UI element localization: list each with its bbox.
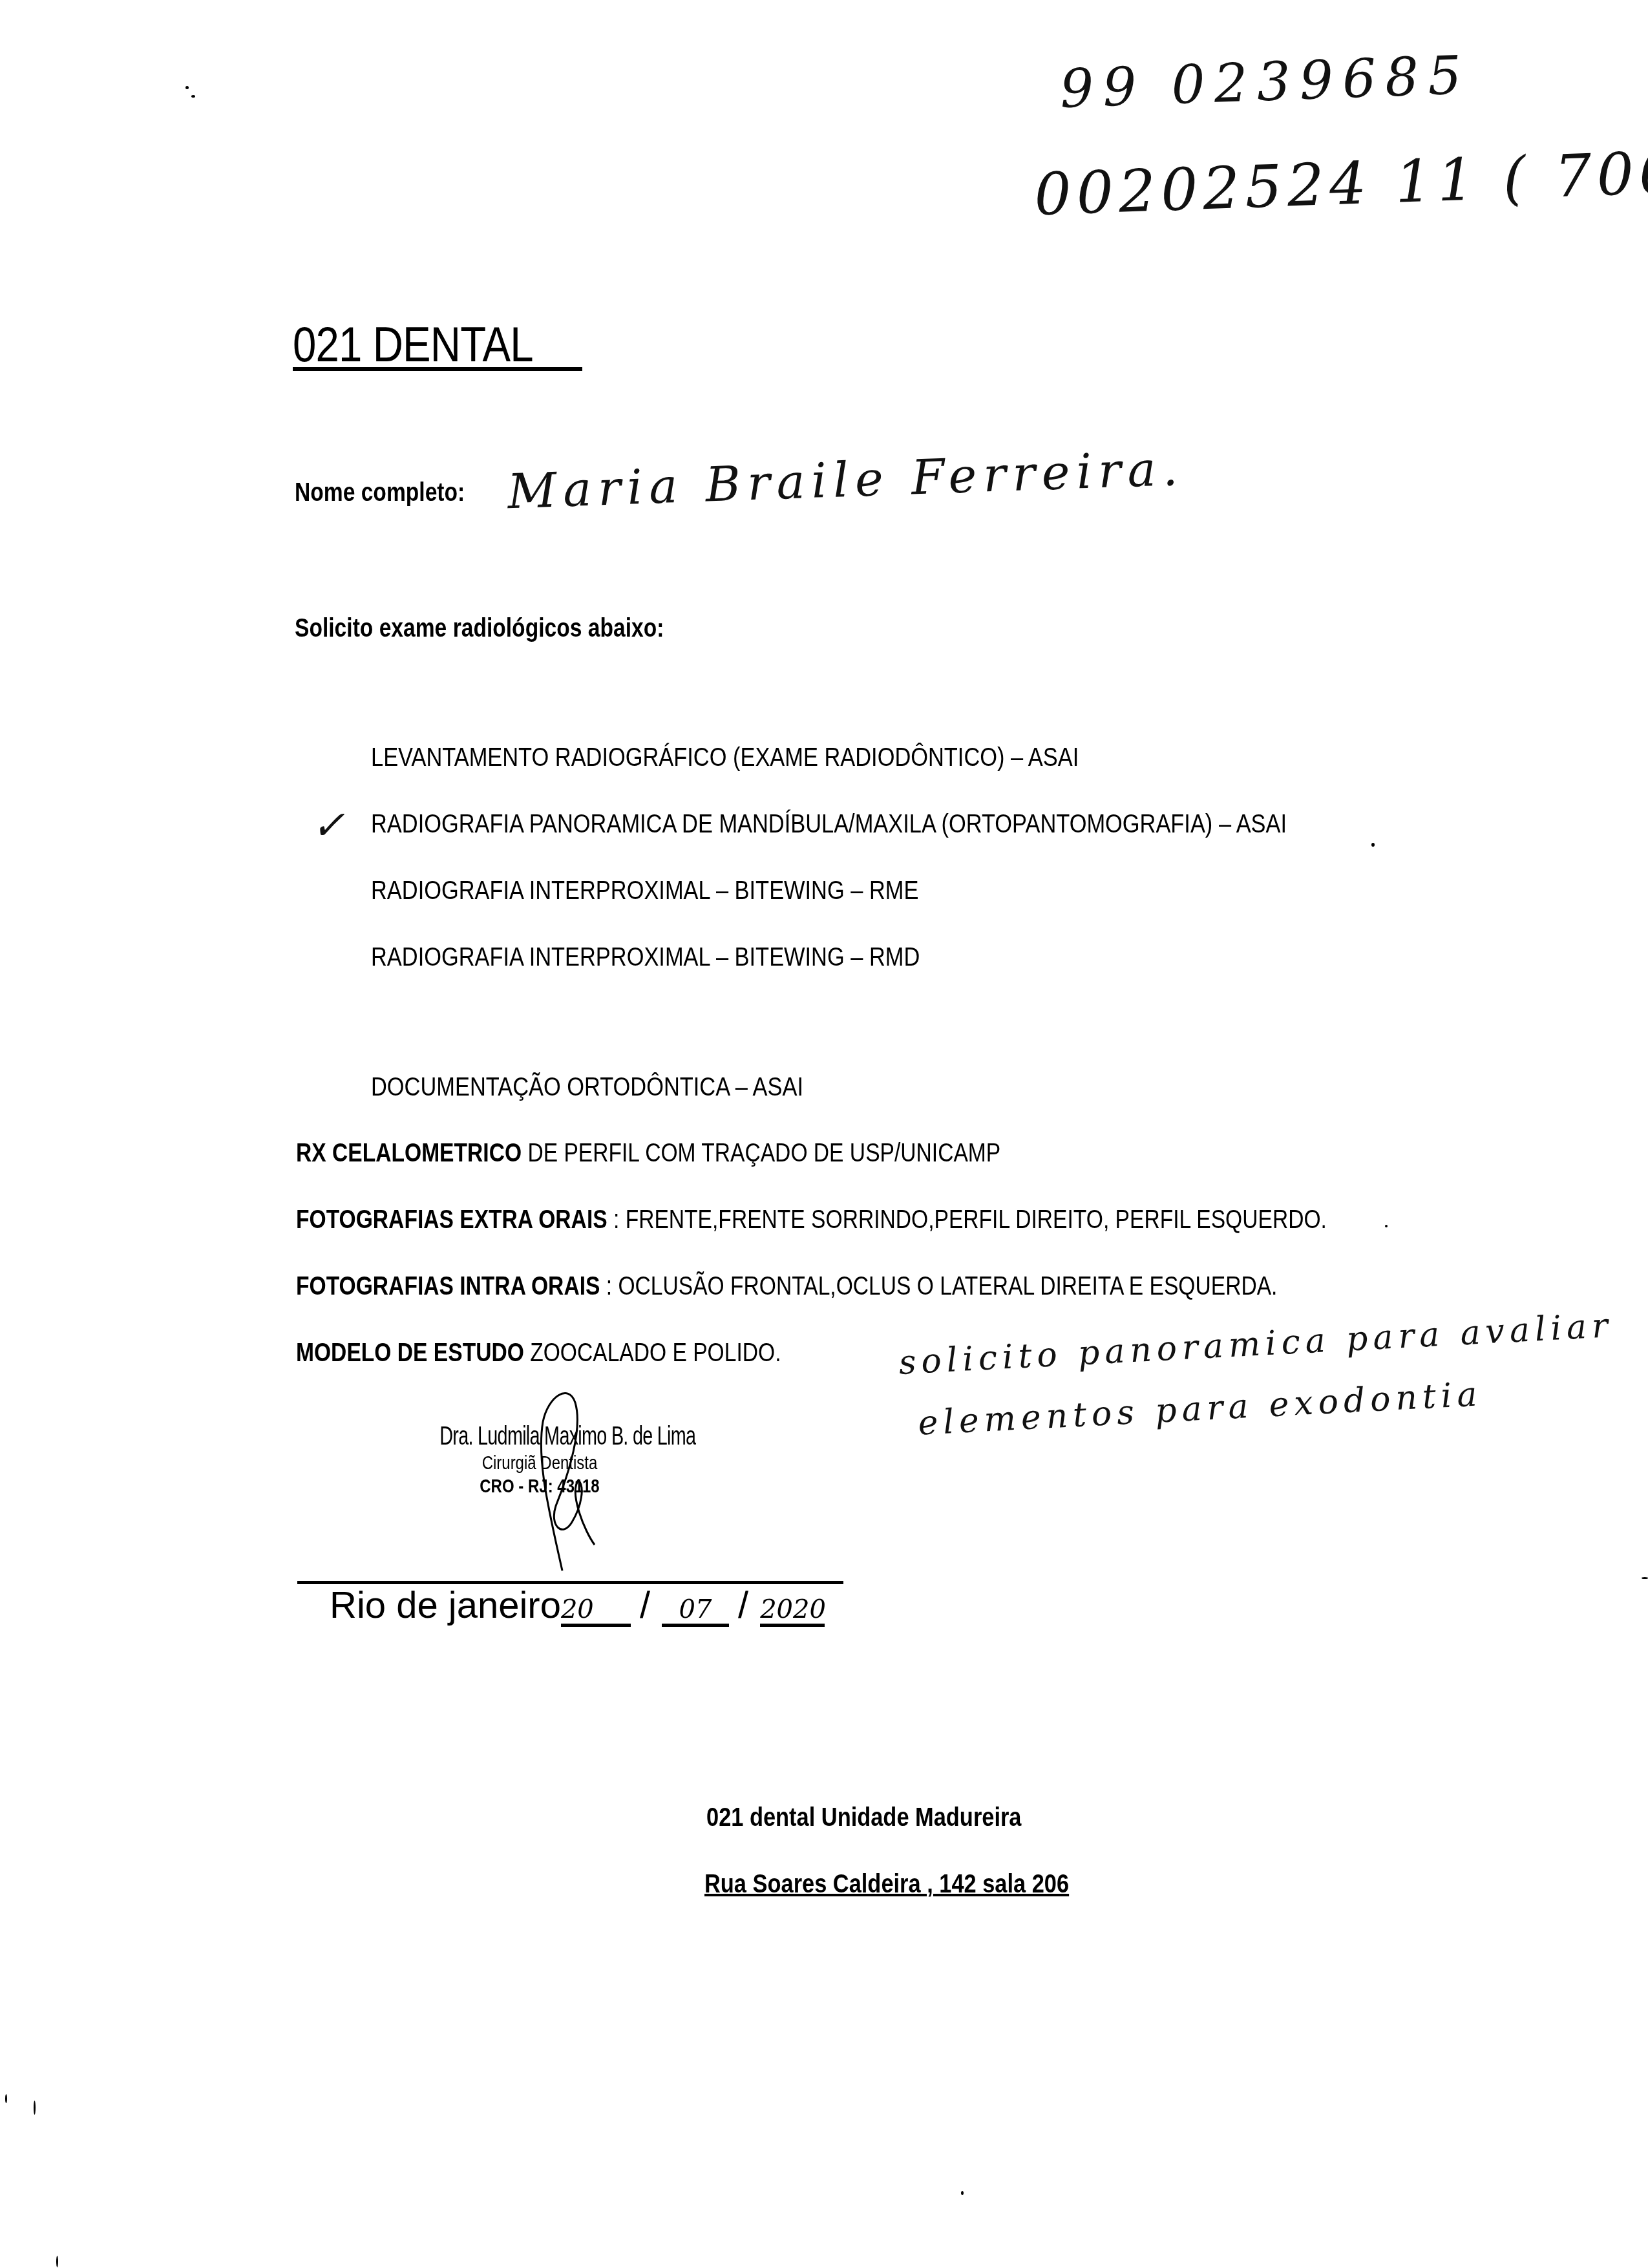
scan-speck — [1385, 1225, 1388, 1227]
detail-label: FOTOGRAFIAS INTRA ORAIS — [296, 1272, 600, 1300]
exam-item-selected: RADIOGRAFIA PANORAMICA DE MANDÍBULA/MAXI… — [371, 810, 1287, 839]
scan-speck — [34, 2101, 36, 2115]
patient-name-handwritten: Maria Braile Ferreira. — [507, 441, 1185, 520]
date-line: Rio de janeiro20/07/2020 — [330, 1584, 825, 1627]
exam-item: RADIOGRAFIA INTERPROXIMAL – BITEWING – R… — [371, 876, 918, 906]
detail-label: RX CELALOMETRICO — [296, 1139, 522, 1167]
signature-icon — [523, 1383, 601, 1577]
detail-text: : OCLUSÃO FRONTAL,OCLUS O LATERAL DIREIT… — [600, 1272, 1277, 1300]
scan-speck — [191, 95, 195, 98]
scan-speck — [56, 2256, 58, 2267]
handwritten-reference-number-2: 00202524 11 ( 700047601 — [1033, 130, 1648, 229]
handwritten-reference-number-1: 99 0239685 — [1059, 45, 1472, 120]
detail-line-cephalometric: RX CELALOMETRICO DE PERFIL COM TRAÇADO D… — [296, 1139, 1000, 1168]
date-city: Rio de janeiro — [330, 1584, 561, 1626]
clinic-address: Rua Soares Caldeira , 142 sala 206 — [704, 1870, 1069, 1899]
date-separator: / — [738, 1584, 748, 1626]
date-year-field: 2020 — [760, 1596, 825, 1627]
date-day-field: 20 — [561, 1596, 631, 1627]
detail-text: ZOOCALADO E POLIDO. — [524, 1339, 781, 1367]
scan-speck — [5, 2094, 7, 2103]
patient-name-label: Nome completo: — [295, 478, 465, 507]
detail-label: MODELO DE ESTUDO — [296, 1339, 524, 1367]
scan-speck — [961, 2191, 964, 2195]
handwritten-note-line-1: solicito panoramica para avaliar — [898, 1306, 1614, 1383]
title-underline — [293, 367, 582, 371]
detail-line-extra-oral-photos: FOTOGRAFIAS EXTRA ORAIS : FRENTE,FRENTE … — [296, 1205, 1327, 1235]
detail-label: FOTOGRAFIAS EXTRA ORAIS — [296, 1205, 607, 1234]
scan-speck — [185, 86, 189, 89]
detail-line-study-model: MODELO DE ESTUDO ZOOCALADO E POLIDO. — [296, 1339, 781, 1368]
document-title: 021 DENTAL — [293, 317, 533, 373]
scan-speck — [1371, 843, 1375, 847]
handwritten-note-line-2: elementos para exodontia — [917, 1375, 1483, 1443]
detail-line-intra-oral-photos: FOTOGRAFIAS INTRA ORAIS : OCLUSÃO FRONTA… — [296, 1272, 1277, 1301]
clinic-unit: 021 dental Unidade Madureira — [706, 1803, 1021, 1832]
exam-item: LEVANTAMENTO RADIOGRÁFICO (EXAME RADIODÔ… — [371, 743, 1079, 772]
detail-text: DE PERFIL COM TRAÇADO DE USP/UNICAMP — [522, 1139, 1000, 1167]
date-month-field: 07 — [662, 1596, 729, 1627]
exam-item: RADIOGRAFIA INTERPROXIMAL – BITEWING – R… — [371, 943, 920, 972]
detail-text: : FRENTE,FRENTE SORRINDO,PERFIL DIREITO,… — [607, 1205, 1327, 1234]
request-heading: Solicito exame radiológicos abaixo: — [295, 614, 664, 643]
date-separator: / — [640, 1584, 650, 1626]
scan-speck — [1642, 1577, 1648, 1579]
handwritten-check-icon: ✓ — [312, 801, 349, 849]
orthodontic-documentation: DOCUMENTAÇÃO ORTODÔNTICA – ASAI — [371, 1073, 803, 1102]
